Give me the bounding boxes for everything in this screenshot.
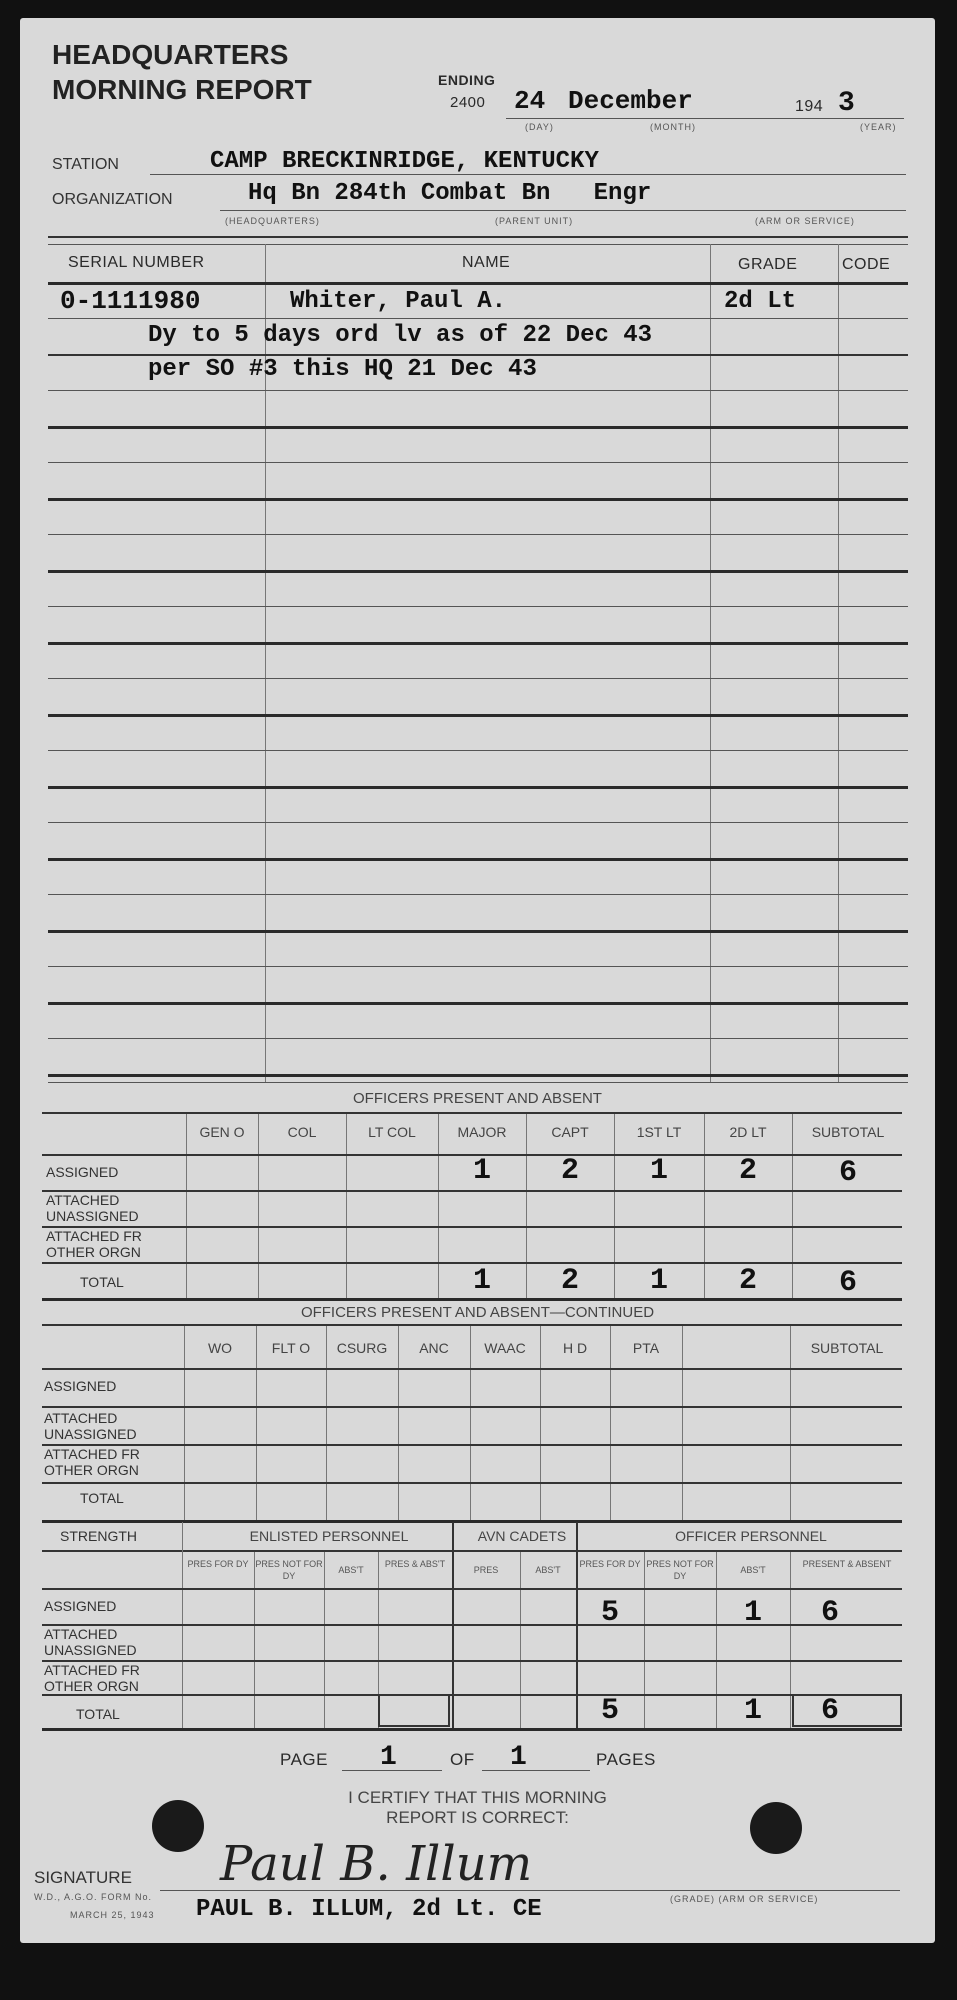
officers-assigned-2d-lt: 2 — [704, 1154, 792, 1188]
table-line — [42, 1588, 902, 1590]
cont-col-subtotal: SUBTOTAL — [790, 1340, 904, 1356]
cont-col-pta: PTA — [610, 1340, 682, 1356]
officers-col-capt: CAPT — [526, 1124, 614, 1140]
officers-total-1st-lt: 1 — [614, 1264, 704, 1298]
ruled-line — [48, 462, 908, 463]
strength-row-total: TOTAL — [76, 1706, 120, 1722]
strength-col-line — [520, 1552, 521, 1728]
cont-row-attached-unassigned: ATTACHED UNASSIGNED — [44, 1410, 164, 1442]
strength-col-cadet-abst: ABS'T — [520, 1564, 576, 1576]
officers-col-major: MAJOR — [438, 1124, 526, 1140]
officers-assigned-major: 1 — [438, 1154, 526, 1188]
cont-col-waac: WAAC — [470, 1340, 540, 1356]
ending-time: 2400 — [450, 94, 485, 111]
ruled-line — [48, 894, 908, 895]
strength-col-enl-pres-abst: PRES & ABS'T — [378, 1558, 452, 1570]
cont-row-total: TOTAL — [80, 1490, 124, 1506]
officers-total-2d-lt: 2 — [704, 1264, 792, 1298]
strength-col-enl-pres-for-dy: PRES FOR DY — [182, 1558, 254, 1570]
morning-report-card: HEADQUARTERS MORNING REPORT ENDING 2400 … — [20, 18, 935, 1943]
caption-arm-or-service: (ARM OR SERVICE) — [755, 216, 855, 226]
officers-cont-title: OFFICERS PRESENT AND ABSENT—CONTINUED — [20, 1304, 935, 1321]
officers-col-line — [258, 1114, 259, 1300]
organization-value: Hq Bn 284th Combat Bn Engr — [248, 180, 651, 207]
strength-total-off-pres-for-dy: 5 — [576, 1694, 644, 1728]
col-grade: GRADE — [738, 256, 797, 274]
officers-col-2d-lt: 2D LT — [704, 1124, 792, 1140]
officers-total-subtotal: 6 — [792, 1266, 904, 1300]
ruled-line — [48, 714, 908, 717]
col-name: NAME — [462, 254, 510, 272]
title-headquarters: HEADQUARTERS — [52, 38, 288, 72]
page-label: PAGE — [280, 1750, 328, 1770]
strength-col-off-pres-for-dy: PRES FOR DY — [576, 1558, 644, 1570]
table-line — [42, 1550, 902, 1552]
entry-remark-1: Dy to 5 days ord lv as of 22 Dec 43 — [148, 322, 652, 349]
strength-col-off-present-absent: PRESENT & ABSENT — [790, 1558, 904, 1570]
title-morning-report: MORNING REPORT — [52, 73, 312, 107]
ruled-line — [48, 498, 908, 501]
officers-col-lt-col: LT COL — [346, 1124, 438, 1140]
officers-col-1st-lt: 1ST LT — [614, 1124, 704, 1140]
table-line — [42, 1190, 902, 1192]
officers-assigned-subtotal: 6 — [792, 1156, 904, 1190]
cont-col-line — [682, 1326, 683, 1522]
entries-col-divider-3 — [838, 244, 839, 1082]
strength-label: STRENGTH — [60, 1528, 137, 1544]
pages-label: PAGES — [596, 1750, 656, 1770]
ruled-line — [48, 930, 908, 933]
year-caption: (YEAR) — [860, 122, 897, 132]
strength-assigned-off-abst: 1 — [716, 1596, 790, 1630]
ruled-line — [48, 966, 908, 967]
enlisted-total-box — [378, 1694, 450, 1727]
ruled-line — [48, 750, 908, 751]
cont-col-csurg: CSURG — [326, 1340, 398, 1356]
table-line — [42, 1520, 902, 1523]
strength-col-off-abst: ABS'T — [716, 1564, 790, 1576]
entry-grade: 2d Lt — [724, 288, 796, 315]
ruled-line — [48, 1002, 908, 1005]
table-line — [42, 1406, 902, 1408]
year-prefix: 194 — [795, 98, 823, 116]
strength-col-line — [324, 1552, 325, 1728]
signature-label: SIGNATURE — [34, 1868, 132, 1888]
ruled-line — [48, 390, 908, 391]
total-pages: 1 — [510, 1742, 527, 1773]
entry-name: Whiter, Paul A. — [290, 288, 506, 315]
strength-assigned-off-present-absent: 6 — [790, 1596, 870, 1630]
entries-col-divider-2 — [710, 244, 711, 1082]
form-number: W.D., A.G.O. FORM No. — [34, 1892, 152, 1902]
officers-row-attached-fr-other: ATTACHED FR OTHER ORGN — [46, 1228, 166, 1260]
strength-col-enl-abst: ABS'T — [324, 1564, 378, 1576]
cont-col-anc: ANC — [398, 1340, 470, 1356]
officers-col-line — [186, 1114, 187, 1300]
officers-assigned-1st-lt: 1 — [614, 1154, 704, 1188]
ruled-line — [48, 822, 908, 823]
col-serial-number: SERIAL NUMBER — [68, 254, 205, 272]
signature-caption: (GRADE) (ARM OR SERVICE) — [670, 1894, 818, 1904]
ruled-line — [48, 534, 908, 535]
table-line — [42, 1324, 902, 1326]
table-line — [42, 1482, 902, 1484]
strength-col-enl-pres-not-for-dy: PRES NOT FOR DY — [254, 1558, 324, 1582]
handwritten-signature: Paul B. Illum — [220, 1836, 532, 1892]
form-date: MARCH 25, 1943 — [70, 1910, 155, 1920]
ruled-line — [48, 426, 908, 429]
table-line — [42, 1728, 902, 1731]
entry-serial: 0-1111980 — [60, 286, 200, 316]
page-number: 1 — [380, 1742, 397, 1773]
caption-parent-unit: (PARENT UNIT) — [495, 216, 573, 226]
caption-headquarters: (HEADQUARTERS) — [225, 216, 320, 226]
ruled-line — [48, 642, 908, 645]
day-caption: (DAY) — [525, 122, 554, 132]
month-caption: (MONTH) — [650, 122, 696, 132]
cont-row-assigned: ASSIGNED — [44, 1378, 116, 1394]
strength-total-off-abst: 1 — [716, 1694, 790, 1728]
certify-line-2: REPORT IS CORRECT: — [20, 1808, 935, 1828]
ruled-line — [48, 858, 908, 861]
table-line — [42, 1444, 902, 1446]
ruled-line — [48, 786, 908, 789]
cont-row-attached-fr-other: ATTACHED FR OTHER ORGN — [44, 1446, 164, 1478]
station-value: CAMP BRECKINRIDGE, KENTUCKY — [210, 148, 599, 175]
ruled-line — [48, 282, 908, 285]
officers-col-subtotal: SUBTOTAL — [792, 1124, 904, 1140]
strength-row-assigned: ASSIGNED — [44, 1598, 116, 1614]
of-label: OF — [450, 1750, 475, 1770]
ruled-line — [48, 1074, 908, 1077]
entry-remark-2: per SO #3 this HQ 21 Dec 43 — [148, 356, 537, 383]
officers-table-title: OFFICERS PRESENT AND ABSENT — [20, 1090, 935, 1107]
group-avn-cadets: AVN CADETS — [452, 1528, 592, 1544]
group-officer-personnel: OFFICER PERSONNEL — [596, 1528, 906, 1544]
officers-col-gen-o: GEN O — [186, 1124, 258, 1140]
divider-top — [48, 236, 908, 238]
table-line — [42, 1112, 902, 1114]
strength-assigned-off-pres-for-dy: 5 — [576, 1596, 644, 1630]
organization-label: ORGANIZATION — [52, 191, 173, 209]
table-line — [42, 1226, 902, 1228]
cont-col-wo: WO — [184, 1340, 256, 1356]
ending-label: ENDING — [438, 72, 495, 88]
report-day: 24 — [514, 86, 545, 116]
table-line — [42, 1298, 902, 1301]
ruled-line — [48, 318, 908, 319]
year-suffix: 3 — [838, 88, 855, 119]
organization-underline — [220, 210, 906, 211]
officers-assigned-capt: 2 — [526, 1154, 614, 1188]
cont-col-flt-o: FLT O — [256, 1340, 326, 1356]
report-month: December — [568, 86, 693, 116]
divider-top-2 — [48, 244, 908, 245]
col-code: CODE — [842, 256, 890, 274]
strength-row-attached-fr-other: ATTACHED FR OTHER ORGN — [44, 1662, 164, 1694]
printed-name: PAUL B. ILLUM, 2d Lt. CE — [196, 1896, 542, 1923]
ruled-line — [48, 678, 908, 679]
ruled-line — [48, 1082, 908, 1083]
strength-col-off-pres-not-for-dy: PRES NOT FOR DY — [644, 1558, 716, 1582]
officers-total-capt: 2 — [526, 1264, 614, 1298]
officers-row-total: TOTAL — [80, 1274, 124, 1290]
officers-row-assigned: ASSIGNED — [46, 1164, 118, 1180]
certify-line-1: I CERTIFY THAT THIS MORNING — [20, 1788, 935, 1808]
ruled-line — [48, 570, 908, 573]
table-line — [42, 1660, 902, 1662]
ruled-line — [48, 606, 908, 607]
officers-col-col: COL — [258, 1124, 346, 1140]
strength-row-attached-unassigned: ATTACHED UNASSIGNED — [44, 1626, 164, 1658]
total-pages-underline — [482, 1770, 590, 1771]
cont-col-hd: H D — [540, 1340, 610, 1356]
group-enlisted-personnel: ENLISTED PERSONNEL — [184, 1528, 474, 1544]
officers-total-major: 1 — [438, 1264, 526, 1298]
officers-row-attached-unassigned: ATTACHED UNASSIGNED — [46, 1192, 166, 1224]
ruled-line — [48, 1038, 908, 1039]
strength-total-off-present-absent: 6 — [790, 1694, 870, 1728]
table-line — [42, 1368, 902, 1370]
station-label: STATION — [52, 156, 119, 174]
strength-col-cadet-pres: PRES — [452, 1564, 520, 1576]
officers-col-line — [346, 1114, 347, 1300]
